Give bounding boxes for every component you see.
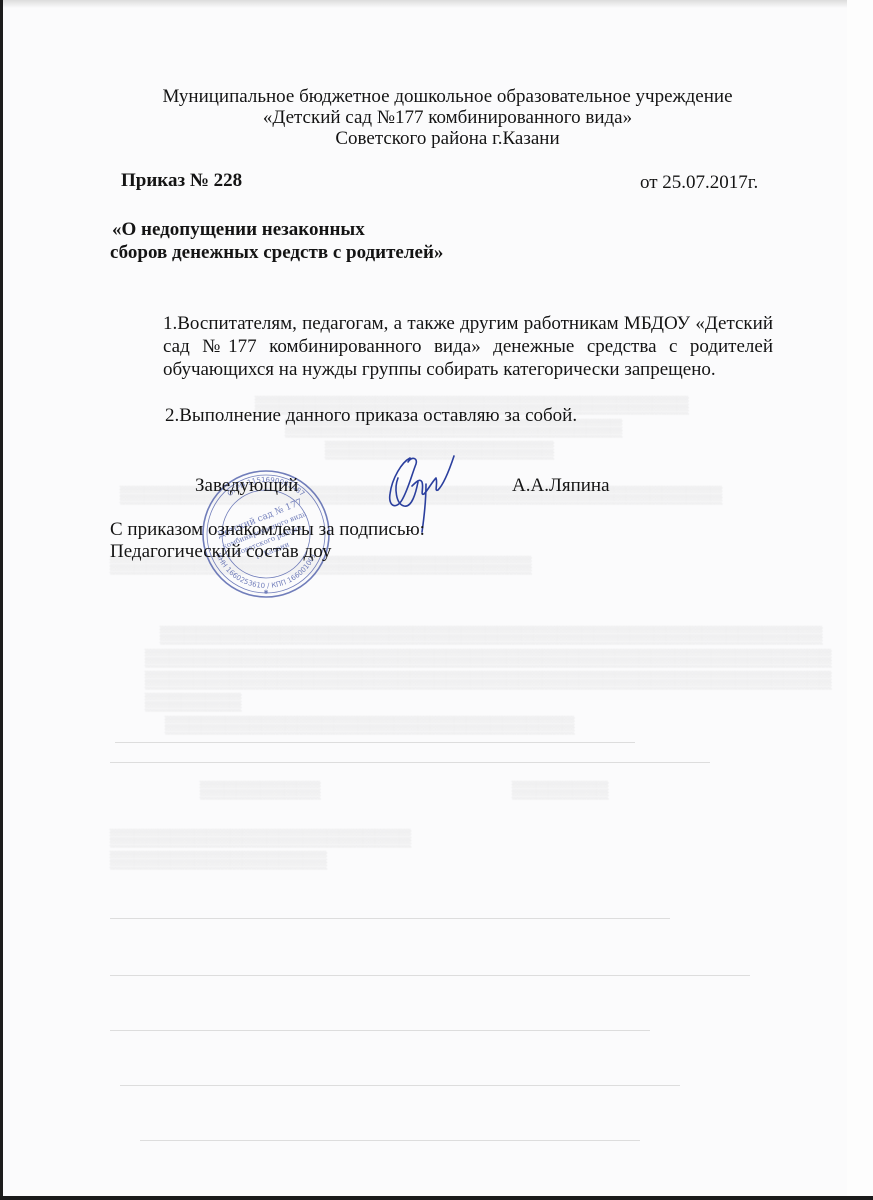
bleedthrough-text: ▒▒▒▒▒▒▒▒▒▒▒▒▒▒▒▒▒▒▒▒▒▒▒▒▒▒▒▒▒▒▒▒▒▒: [165, 715, 575, 735]
acknowledgement-line2: Педагогический состав доу: [110, 541, 331, 563]
signatory-name: А.А.Ляпина: [512, 475, 610, 497]
signatory-role: Заведующий: [195, 475, 298, 497]
scan-top-shadow: [3, 0, 873, 8]
bleedthrough-text: ▒▒▒▒▒▒▒▒▒▒▒▒▒▒▒▒▒▒▒▒▒▒▒▒▒▒▒▒▒▒▒▒▒▒▒▒▒▒▒▒…: [145, 648, 832, 668]
bleedthrough-text: ▒▒▒▒▒▒▒▒▒▒▒▒▒▒▒▒▒▒▒▒▒▒▒▒▒▒▒▒▒▒▒▒▒▒▒▒▒▒▒▒…: [160, 625, 822, 645]
bleedthrough-text: ▒▒▒▒▒▒▒▒: [145, 692, 241, 712]
scan-left-edge: [0, 0, 3, 1200]
bleedthrough-line: [110, 975, 750, 976]
bleedthrough-line: [110, 918, 670, 919]
acknowledgement-line1: С приказом ознакомлены за подписью:: [110, 519, 425, 541]
stamp-star-icon: ✱: [263, 589, 268, 596]
bleedthrough-text: ▒▒▒▒▒▒▒▒▒▒▒▒▒▒▒▒▒▒▒▒▒▒▒▒▒▒▒▒▒▒▒▒▒▒▒▒▒▒▒▒…: [145, 670, 832, 690]
scan-right-margin: [847, 0, 873, 1196]
bleedthrough-line: [140, 1140, 640, 1141]
institution-name-line3: Советского района г.Казани: [0, 128, 873, 149]
bleedthrough-line: [110, 1030, 650, 1031]
scan-bottom-edge: [0, 1196, 873, 1200]
order-title-line1: «О недопущении незаконных: [110, 218, 443, 241]
bleedthrough-text: ▒▒▒▒▒▒▒▒▒▒▒▒▒▒▒▒▒▒: [110, 850, 327, 870]
bleedthrough-text: ▒▒▒▒▒▒▒▒▒▒▒▒▒▒▒▒▒▒▒▒▒▒▒▒▒: [110, 828, 411, 848]
bleedthrough-text: ▒▒▒▒▒▒▒▒: [512, 780, 608, 800]
bleedthrough-text: ▒▒▒▒▒▒▒▒▒▒: [200, 780, 320, 800]
bleedthrough-line: [115, 742, 635, 743]
order-number: Приказ № 228: [121, 170, 242, 192]
order-item-1: 1.Воспитателям, педагогам, а также други…: [163, 312, 773, 381]
order-title-line2: сборов денежных средств с родителей»: [110, 241, 443, 264]
order-title: «О недопущении незаконных сборов денежны…: [110, 218, 443, 264]
bleedthrough-line: [110, 762, 710, 763]
order-date: от 25.07.2017г.: [640, 172, 758, 194]
institution-name-line2: «Детский сад №177 комбинированного вида»: [0, 107, 873, 128]
institution-header: Муниципальное бюджетное дошкольное образ…: [0, 86, 873, 149]
bleedthrough-line: [120, 1085, 680, 1086]
order-item-2: 2.Выполнение данного приказа оставляю за…: [165, 405, 577, 427]
institution-name-line1: Муниципальное бюджетное дошкольное образ…: [0, 86, 873, 107]
